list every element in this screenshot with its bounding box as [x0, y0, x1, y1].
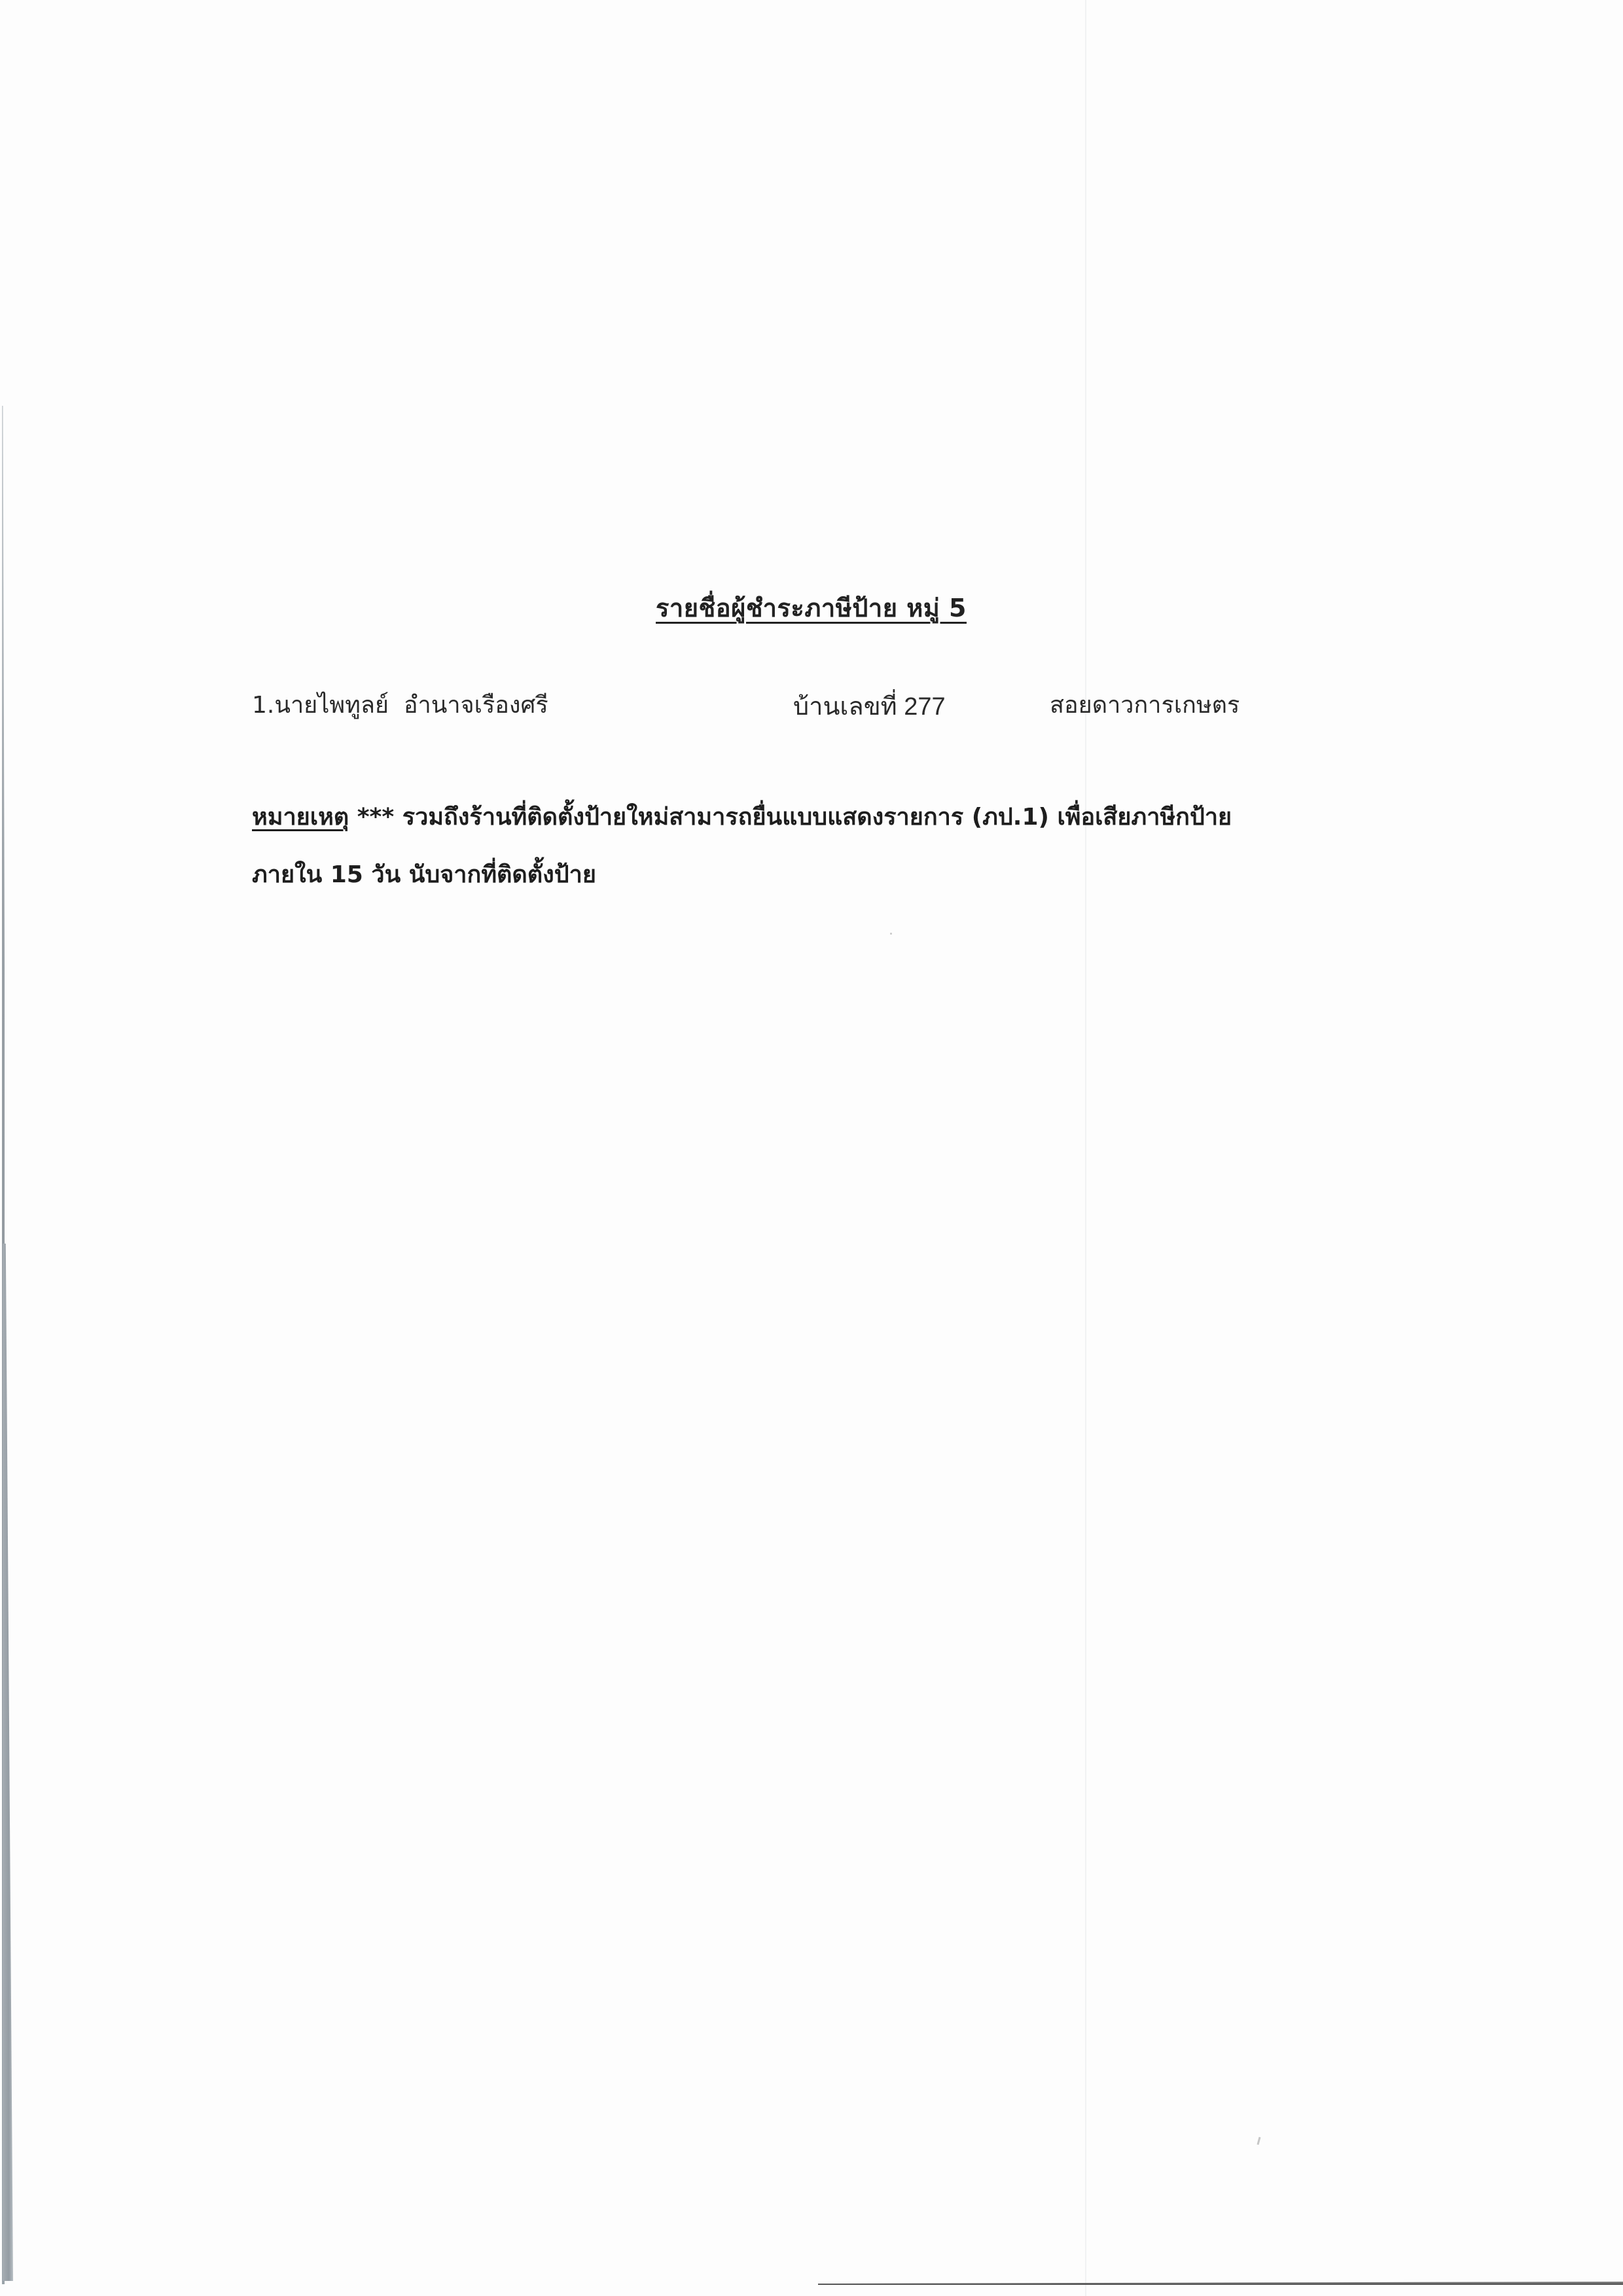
shop-name: สอยดาวการเกษตร [1050, 686, 1240, 723]
remark-label: หมายเหตุ [252, 804, 349, 831]
scan-speck [1257, 2137, 1260, 2145]
scan-dot [890, 933, 892, 935]
taxpayer-name: 1.นายไพทูลย์ อำนาจเรืองศรี [252, 686, 548, 723]
house-number: บ้านเลขที่ 277 [793, 686, 946, 726]
remark-line-2: ภายใน 15 วัน นับจากที่ติดตั้งป้าย [252, 846, 1312, 904]
scanned-page: รายชื่อผู้ชำระภาษีป้าย หมู่ 5 1.นายไพทูล… [0, 0, 1623, 2296]
scan-bottom-edge-shadow [818, 2282, 1623, 2285]
scan-fold-line [1085, 0, 1086, 2296]
entry-number: 1. [252, 692, 274, 719]
remark-note: หมายเหตุ *** รวมถึงร้านที่ติดตั้งป้ายใหม… [252, 789, 1312, 904]
entry-name: นายไพทูลย์ อำนาจเรืองศรี [274, 692, 548, 719]
taxpayer-entry: 1.นายไพทูลย์ อำนาจเรืองศรี บ้านเลขที่ 27… [0, 681, 1623, 726]
document-title: รายชื่อผู้ชำระภาษีป้าย หมู่ 5 [656, 588, 967, 628]
remark-line-1: หมายเหตุ *** รวมถึงร้านที่ติดตั้งป้ายใหม… [252, 789, 1312, 846]
scan-left-edge-shadow-thick [3, 1244, 13, 2281]
remark-text-1: *** รวมถึงร้านที่ติดตั้งป้ายใหม่สามารถยื… [349, 804, 1232, 831]
